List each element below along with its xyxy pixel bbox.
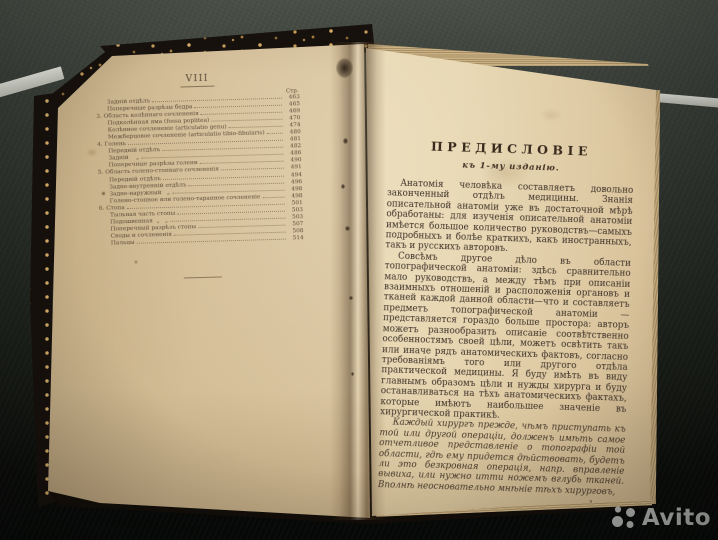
toc-dotted-leader — [177, 210, 285, 214]
toc-entry-page-number: 498 — [287, 193, 303, 199]
toc-dotted-leader — [267, 133, 283, 134]
toc-entry-page-number: 482 — [285, 143, 301, 149]
gutter-stain — [351, 372, 354, 376]
toc-entry-page-number: 470 — [284, 115, 300, 121]
toc-dotted-leader — [201, 112, 283, 115]
toc-dotted-leader — [200, 161, 284, 164]
toc-dotted-leader — [211, 119, 282, 122]
toc-entry-page-number: 494 — [286, 172, 302, 178]
toc-dotted-leader — [194, 105, 282, 108]
toc-dotted-leader — [137, 239, 286, 244]
chapter-title: ПРЕДИСЛОВІЕ — [388, 137, 634, 160]
toc-entry-page-number: 514 — [288, 235, 304, 241]
background-stripe-right — [658, 93, 718, 108]
toc-entry-page-number: 503 — [287, 207, 303, 213]
toc-entry-page-number: 486 — [285, 151, 301, 157]
toc-dotted-leader — [198, 224, 285, 227]
toc-entry-page-number: 508 — [287, 228, 303, 234]
foxing-spot — [86, 148, 98, 157]
toc-entry-label: 6. Стопа — [99, 205, 125, 212]
photo-open-antique-book: VIII Стр. Задній отдѣлъ463Поперечные раз… — [0, 0, 718, 540]
toc-entry-page-number: 503 — [287, 214, 303, 220]
avito-logo-icon — [610, 503, 639, 532]
gutter-stain — [343, 138, 348, 144]
avito-watermark-text: Avito — [642, 505, 711, 531]
toc-dotted-leader — [188, 182, 284, 186]
avito-watermark: Avito — [610, 503, 711, 532]
folio-rule — [180, 86, 214, 88]
foxing-spot — [540, 108, 562, 122]
toc-entry-page-number: 481 — [285, 136, 301, 142]
gutter-stain — [341, 184, 345, 189]
toc-entry-page-number: 469 — [284, 108, 300, 114]
toc-entry-page-number: 507 — [287, 221, 303, 227]
toc-entry-page-number: 496 — [286, 179, 302, 185]
preface-paragraph: Каждый хирургъ прежде, чѣмъ приступать к… — [378, 417, 626, 498]
preface-paragraph: Анатомія человѣка составляетъ довольно з… — [385, 178, 633, 259]
toc-entry-page-number: 490 — [286, 158, 302, 164]
chapter-subtitle: къ 1-му изданію. — [388, 158, 634, 176]
body-paragraphs: Анатомія человѣка составляетъ довольно з… — [378, 178, 634, 498]
section-end-rule — [184, 276, 222, 278]
toc-dotted-leader — [262, 196, 284, 198]
toc-entry-page-number: 491 — [286, 165, 302, 171]
table-of-contents: VIII Стр. Задній отдѣлъ463Поперечные раз… — [95, 71, 305, 281]
toc-entry-label: 4. Голень — [97, 141, 126, 148]
preface-paragraph: Совсѣмъ другое дѣло въ области топографи… — [380, 251, 631, 425]
preface-text: ПРЕДИСЛОВІЕ къ 1-му изданію. Анатомія че… — [377, 137, 634, 509]
toc-entry-page-number: 474 — [285, 122, 301, 128]
toc-entry-label: Пальцы — [100, 240, 135, 247]
gutter-stain — [345, 226, 350, 231]
gutter-stain — [349, 296, 353, 300]
toc-entry-page-number: 465 — [284, 101, 300, 107]
toc-list: Задній отдѣлъ463Поперечные разрѣзы бедра… — [96, 94, 304, 248]
gutter-stain — [336, 58, 353, 78]
folio-number: VIII — [95, 71, 299, 87]
toc-dotted-leader — [221, 168, 284, 171]
toc-entry-page-number: 463 — [284, 94, 300, 100]
toc-entry-page-number: 501 — [287, 200, 303, 206]
toc-entry-page-number: 480 — [285, 129, 301, 135]
toc-entry-page-number: 498 — [286, 186, 302, 192]
toc-dotted-leader — [229, 126, 283, 129]
